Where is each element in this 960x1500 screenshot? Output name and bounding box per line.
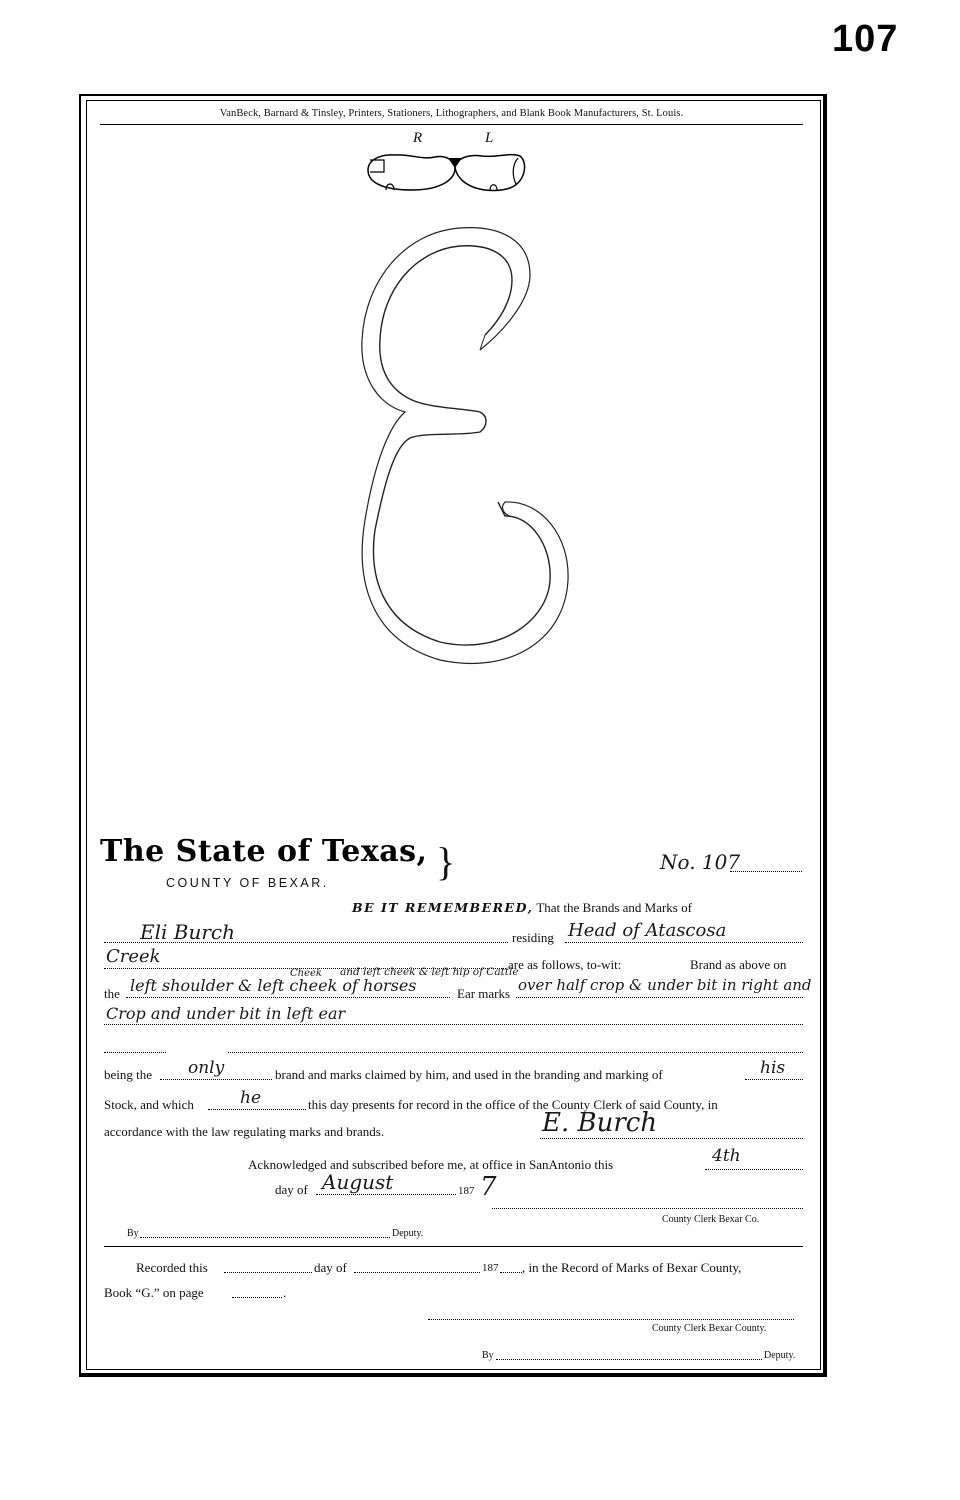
intro-text: That the Brands and Marks of	[536, 900, 692, 915]
claimed-text: brand and marks claimed by him, and used…	[275, 1067, 663, 1083]
recorded-record-text: , in the Record of Marks of Bexar County…	[522, 1260, 741, 1276]
recorded-year-prefix: 187	[482, 1262, 499, 1274]
record-number: No. 107	[660, 850, 740, 874]
county-label: COUNTY OF BEXAR.	[166, 876, 329, 890]
brand-location-line[interactable]	[126, 997, 450, 998]
be-it-remembered-line: BE IT REMEMBERED, That the Brands and Ma…	[352, 900, 692, 916]
brand-location-field[interactable]: left shoulder & left cheek of horses	[130, 976, 417, 995]
the-label: the	[104, 986, 120, 1002]
recorded-day-of-label: day of	[314, 1260, 347, 1276]
residence-field-2[interactable]: Creek	[106, 946, 161, 967]
ear-marks-field-1[interactable]: over half crop & under bit in right and	[518, 976, 812, 994]
ear-marks-line-2[interactable]	[104, 1024, 803, 1025]
stock-which-field[interactable]: he	[240, 1088, 261, 1108]
deputy-label-2: Deputy.	[764, 1350, 795, 1361]
owner-signature[interactable]: E. Burch	[542, 1108, 657, 1138]
residence-field-1[interactable]: Head of Atascosa	[568, 920, 726, 941]
county-clerk-signature-line-2[interactable]	[428, 1319, 794, 1320]
imprint-rule	[100, 124, 803, 125]
deputy-line[interactable]	[140, 1237, 390, 1238]
being-the-line[interactable]	[160, 1079, 272, 1080]
residing-label: residing	[512, 930, 554, 946]
marking-of-field[interactable]: his	[760, 1058, 785, 1078]
acknowledged-text: Acknowledged and subscribed before me, a…	[248, 1157, 613, 1173]
as-follows-text: are as follows, to-wit:	[508, 957, 621, 973]
deputy-label: Deputy.	[392, 1228, 423, 1239]
ear-marks-label: Ear marks	[457, 986, 510, 1002]
signature-line[interactable]	[540, 1138, 803, 1139]
blank-line-b	[228, 1052, 803, 1053]
residence-field-line[interactable]	[565, 942, 803, 943]
ack-month-line[interactable]	[316, 1194, 456, 1195]
book-page-line[interactable]	[232, 1297, 282, 1298]
being-the-label: being the	[104, 1067, 152, 1083]
recorded-year-line[interactable]	[500, 1272, 522, 1273]
section-divider	[104, 1246, 803, 1247]
ear-marks-line-1[interactable]	[516, 997, 803, 998]
be-it-remembered: BE IT REMEMBERED,	[352, 900, 533, 915]
printer-imprint: VanBeck, Barnard & Tinsley, Printers, St…	[100, 108, 803, 119]
day-of-label: day of	[275, 1182, 308, 1198]
brand-drawing-icon	[330, 220, 610, 690]
county-clerk-label-2: County Clerk Bexar County.	[652, 1323, 766, 1334]
book-text: Book “G.” on page	[104, 1285, 204, 1301]
ack-day-field[interactable]: 4th	[712, 1146, 741, 1166]
ear-mark-diagram-icon	[360, 140, 530, 200]
county-clerk-label: County Clerk Bexar Co.	[662, 1214, 759, 1225]
deputy-line-2[interactable]	[496, 1359, 762, 1360]
ack-day-line[interactable]	[705, 1169, 803, 1170]
ear-marks-field-2[interactable]: Crop and under bit in left ear	[106, 1004, 345, 1023]
page-number: 107	[832, 18, 898, 61]
county-clerk-signature-line[interactable]	[492, 1208, 803, 1209]
by-label: By	[127, 1228, 139, 1239]
recorded-day-line[interactable]	[224, 1272, 312, 1273]
record-number-line	[730, 871, 802, 872]
owner-name-field[interactable]: Eli Burch	[140, 920, 235, 944]
book-period: .	[283, 1285, 286, 1301]
ack-month-field[interactable]: August	[322, 1170, 393, 1194]
stock-label: Stock, and which	[104, 1097, 194, 1113]
being-the-field[interactable]: only	[188, 1058, 224, 1078]
recorded-month-line[interactable]	[354, 1272, 480, 1273]
accordance-text: accordance with the law regulating marks…	[104, 1124, 384, 1140]
marking-of-line[interactable]	[745, 1079, 803, 1080]
ack-year-field[interactable]: 7	[480, 1172, 497, 1202]
recorded-this-label: Recorded this	[136, 1260, 208, 1276]
stock-which-line[interactable]	[208, 1109, 306, 1110]
blank-line-a	[104, 1052, 166, 1053]
brand-as-above-text: Brand as above on	[690, 957, 786, 973]
by-label-2: By	[482, 1350, 494, 1361]
brace-glyph: }	[436, 842, 455, 882]
ack-year-prefix: 187	[458, 1185, 475, 1197]
form-heading: The State of Texas,	[100, 834, 428, 869]
